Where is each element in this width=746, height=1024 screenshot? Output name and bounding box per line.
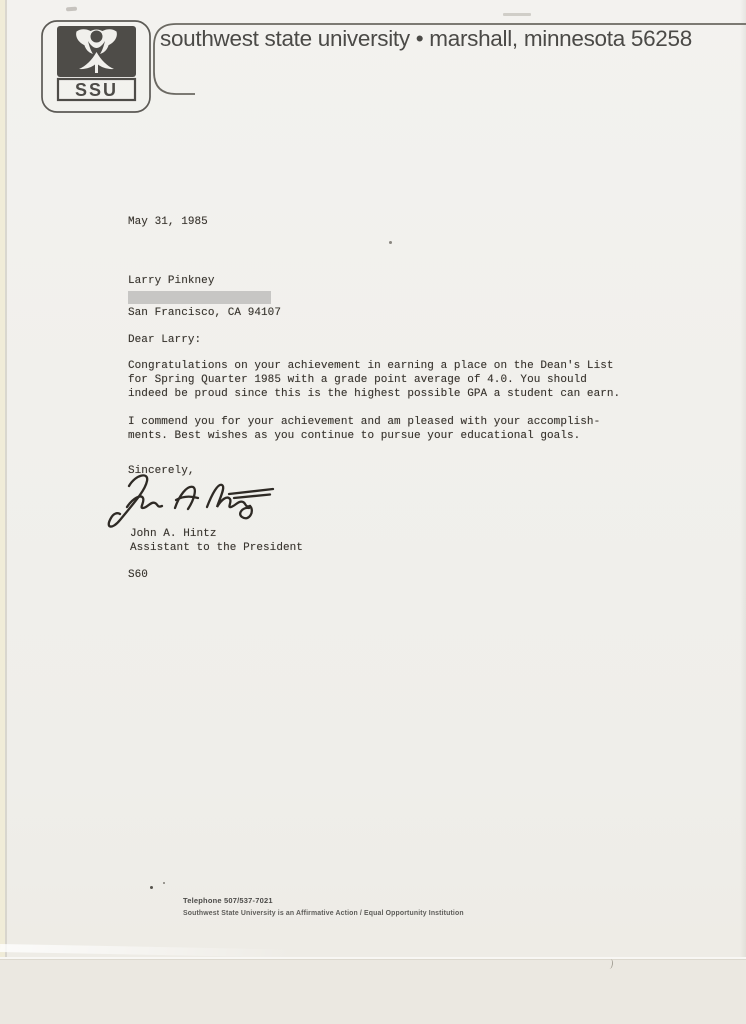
scan-artifact bbox=[389, 241, 392, 244]
footer-eeo-line: Southwest State University is an Affirma… bbox=[183, 910, 464, 917]
logo-emblem-icon bbox=[57, 26, 136, 77]
body-paragraph-1: Congratulations on your achievement in e… bbox=[128, 359, 620, 401]
recipient-city-line: San Francisco, CA 94107 bbox=[128, 306, 281, 320]
recipient-name: Larry Pinkney bbox=[128, 274, 214, 288]
signer-title: Assistant to the President bbox=[130, 541, 303, 555]
salutation: Dear Larry: bbox=[128, 333, 201, 347]
signer-name: John A. Hintz bbox=[130, 527, 216, 541]
scan-artifact bbox=[150, 886, 153, 889]
logo-acronym: SSU bbox=[75, 80, 118, 100]
scanned-letter-page: SSU southwest state university • marshal… bbox=[0, 0, 746, 1024]
body-paragraph-2: I commend you for your achievement and a… bbox=[128, 415, 600, 443]
footer-telephone: Telephone 507/537-7021 bbox=[183, 896, 273, 905]
page-right-edge bbox=[740, 0, 746, 1024]
signature-scrawl-icon bbox=[103, 470, 279, 534]
letterhead-title: southwest state university • marshall, m… bbox=[160, 26, 735, 52]
page-left-edge-line bbox=[5, 0, 7, 1024]
scan-artifact bbox=[503, 13, 531, 16]
date-line: May 31, 1985 bbox=[128, 215, 208, 229]
ssu-logo: SSU bbox=[40, 18, 154, 116]
scan-artifact bbox=[66, 7, 77, 11]
reference-code: S60 bbox=[128, 568, 148, 582]
backing-surface bbox=[0, 957, 746, 1024]
scan-artifact bbox=[163, 882, 165, 884]
redacted-address-bar bbox=[128, 291, 271, 304]
